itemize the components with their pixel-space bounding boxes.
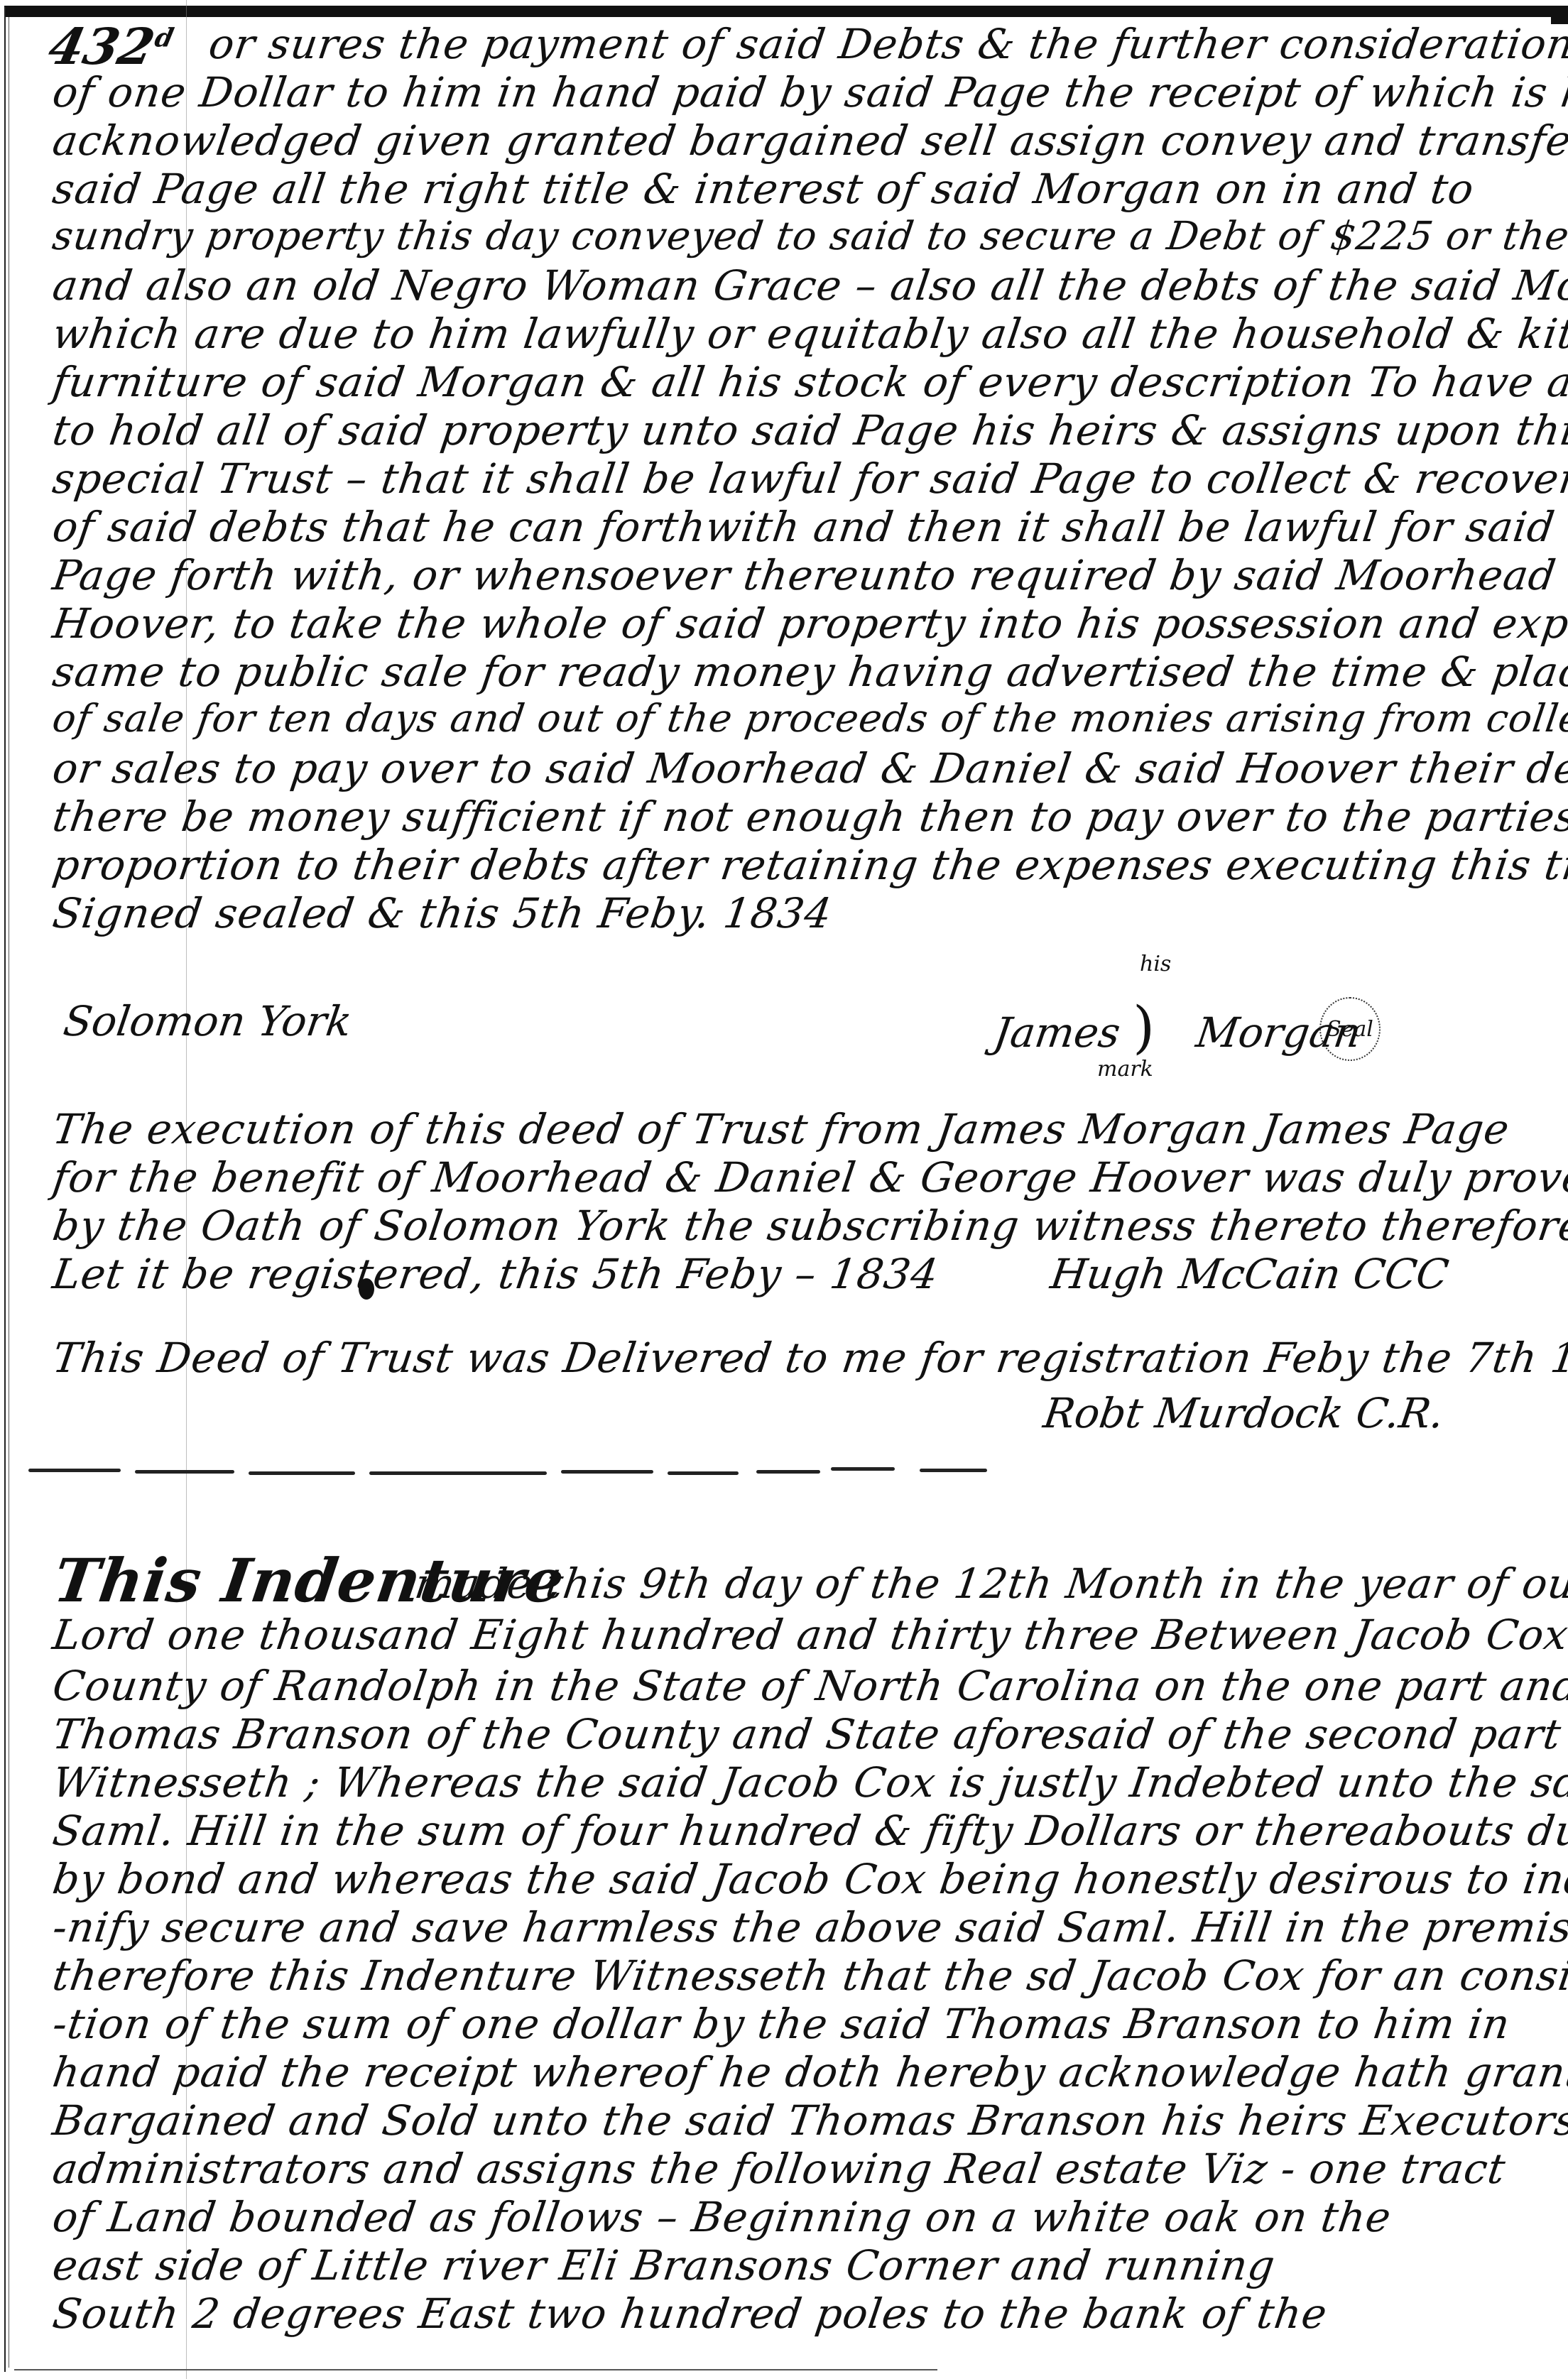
indenture-line: County of Randolph in the State of North… [50,1662,1568,1710]
ledger-page: 432d or sures the payment of said Debts … [0,0,1568,2379]
deed-line: of said debts that he can forthwith and … [50,503,1558,551]
deed-line: to hold all of said property unto said P… [50,406,1568,454]
deed-line: and also an old Negro Woman Grace – also… [50,261,1568,310]
deed-line: Page forth with, or whensoever thereunto… [50,551,1568,599]
indenture-line: of Land bounded as follows – Beginning o… [50,2193,1395,2241]
clerk-signature: Hugh McCain CCC [1047,1250,1452,1298]
deed-line: or sures the payment of said Debts & the… [206,20,1568,68]
deed-line: same to public sale for ready money havi… [50,648,1568,696]
grantor-mark-label: mark [1097,1057,1153,1082]
signed-sealed-date: Signed sealed & this 5th Feby. 1834 [50,889,835,937]
deed-line: said Page all the right title & interest… [50,165,1477,213]
section-divider [14,1461,1378,1483]
deed-line: of sale for ten days and out of the proc… [50,696,1568,741]
deed-line: furniture of said Morgan & all his stock… [50,358,1568,406]
seal-icon: Seal [1319,997,1381,1061]
ink-blot [359,1278,374,1300]
deed-line: or sales to pay over to said Moorhead & … [50,744,1568,793]
indenture-line: Witnesseth ; Whereas the said Jacob Cox … [50,1758,1568,1807]
deed-line: Hoover, to take the whole of said proper… [50,599,1568,648]
left-margin-rule-inner [9,17,9,2368]
probate-line: by the Oath of Solomon York the subscrib… [50,1202,1568,1250]
indenture-line: Thomas Branson of the County and State a… [50,1710,1564,1758]
left-margin-rule [4,7,6,2372]
indenture-line: east side of Little river Eli Bransons C… [50,2241,1278,2290]
indenture-line: Saml. Hill in the sum of four hundred & … [50,1807,1568,1855]
deed-line: proportion to their debts after retainin… [50,841,1568,889]
indenture-line: by bond and whereas the said Jacob Cox b… [50,1855,1568,1903]
indenture-line: -nify secure and save harmless the above… [50,1903,1568,1951]
probate-line: Let it be registered, this 5th Feby – 18… [50,1250,942,1298]
indenture-line: administrators and assigns the following… [50,2145,1509,2193]
page-number: 432d [43,17,178,76]
indenture-line: Bargained and Sold unto the said Thomas … [50,2096,1568,2145]
deed-line: which are due to him lawfully or equitab… [50,310,1568,358]
deed-line: there be money sufficient if not enough … [50,793,1568,841]
witness-signature: Solomon York [60,997,354,1045]
probate-line: The execution of this deed of Trust from… [50,1105,1513,1153]
indenture-line: hand paid the receipt whereof he doth he… [50,2048,1568,2096]
indenture-line: therefore this Indenture Witnesseth that… [50,1951,1568,2000]
indenture-line: made this 9th day of the 12th Month in t… [412,1559,1568,1608]
indenture-line: -tion of the sum of one dollar by the sa… [50,2000,1513,2048]
deed-line: of one Dollar to him in hand paid by sai… [50,68,1568,116]
indenture-line: Lord one thousand Eight hundred and thir… [50,1611,1568,1659]
registration-line: This Deed of Trust was Delivered to me f… [50,1334,1568,1382]
deed-line: sundry property this day conveyed to sai… [50,213,1568,258]
deed-line: acknowledged given granted bargained sel… [50,116,1568,165]
grantor-mark-x: ) [1133,994,1155,1060]
grantor-first-name: James [991,1008,1123,1057]
probate-line: for the benefit of Moorhead & Daniel & G… [50,1153,1568,1202]
top-border-rule [4,6,1568,17]
indenture-line: South 2 degrees East two hundred poles t… [50,2290,1330,2338]
register-signature: Robt Murdock C.R. [1040,1389,1447,1437]
bottom-border-rule [14,2369,937,2370]
deed-line: special Trust – that it shall be lawful … [50,454,1568,503]
grantor-his-label: his [1140,952,1171,976]
